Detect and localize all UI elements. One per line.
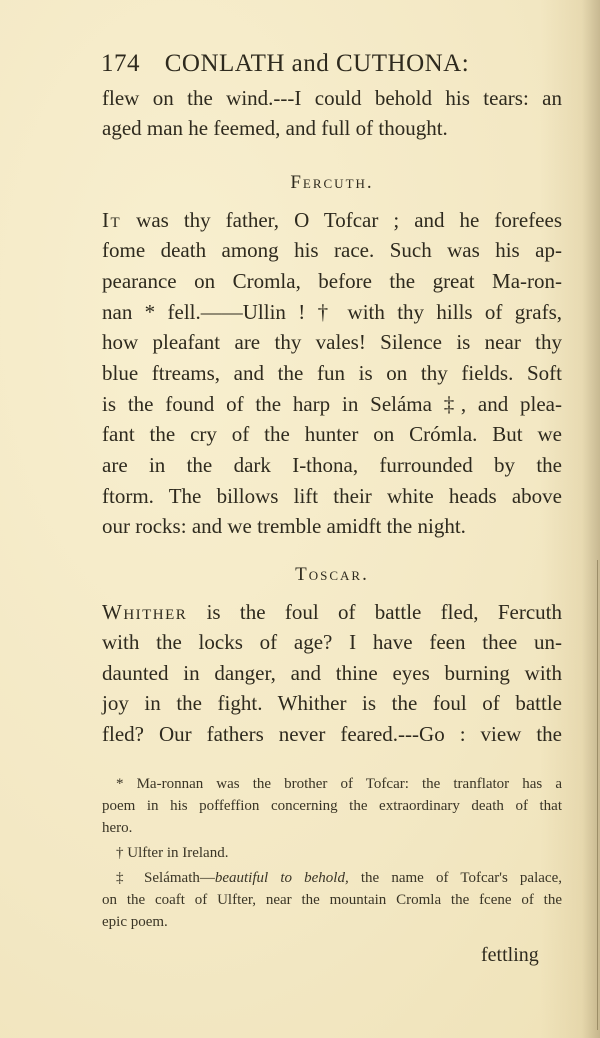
body-line: aged man he feemed, and full of thought. — [102, 116, 562, 141]
speaker-heading-toscar: Toscar. — [102, 564, 562, 586]
body-line: fome death among his race. Such was his … — [102, 238, 562, 263]
body-line: with the locks of age? I have feen thee … — [102, 630, 562, 655]
speaker-heading-fercuth: Fercuth. — [102, 172, 562, 194]
body-line: ftorm. The billows lift their white head… — [102, 484, 562, 509]
footnote-line: epic poem. — [102, 914, 562, 931]
footnote-line: * Ma-ronnan was the brother of Tofcar: t… — [102, 776, 562, 793]
body-line: daunted in danger, and thine eyes burnin… — [102, 661, 562, 686]
body-line: how pleafant are thy vales! Silence is n… — [102, 330, 562, 355]
footnote-italic: beautiful to behold, — [215, 870, 349, 886]
body-line: Whither is the foul of battle fled, Ferc… — [102, 600, 562, 625]
footnote-suffix: the name of Tofcar's palace, — [349, 870, 562, 886]
body-line-text: was thy father, O Tofcar ; and he forefe… — [121, 208, 562, 232]
footnote-line: † Ulfter in Ireland. — [102, 845, 562, 862]
running-header: 174 CONLATH and CUTHONA: — [101, 50, 561, 78]
body-line: It was thy father, O Tofcar ; and he for… — [102, 208, 562, 233]
body-line: blue ftreams, and the fun is on thy fiel… — [102, 361, 562, 386]
page-number: 174 — [101, 50, 140, 77]
body-line: flew on the wind.---I could behold his t… — [102, 86, 562, 111]
body-line-text: is the foul of battle fled, Fercuth — [187, 600, 562, 624]
body-line: joy in the fight. Whither is the foul of… — [102, 691, 562, 716]
book-page: 174 CONLATH and CUTHONA: flew on the win… — [0, 0, 600, 1038]
footnote-line: poem in his poffeffion concerning the ex… — [102, 798, 562, 815]
page-edge-shadow — [597, 560, 598, 1030]
body-line: fant the cry of the hunter on Crómla. Bu… — [102, 422, 562, 447]
footnote-line: ‡ Selámath—beautiful to behold, the name… — [102, 870, 562, 887]
footnote-prefix: ‡ Selámath— — [116, 870, 215, 886]
body-line: pearance on Cromla, before the great Ma-… — [102, 269, 562, 294]
running-head-title: CONLATH and CUTHONA: — [165, 50, 469, 77]
footnote-line: hero. — [102, 820, 562, 837]
body-line: fled? Our fathers never feared.---Go : v… — [102, 722, 562, 747]
footnote-line: on the coaft of Ulfter, near the mountai… — [102, 892, 562, 909]
body-line: nan * fell.——Ullin ! † with thy hills of… — [102, 300, 562, 325]
lead-word: It — [102, 208, 121, 232]
body-line: is the found of the harp in Seláma ‡, an… — [102, 392, 562, 417]
body-line: our rocks: and we tremble amidft the nig… — [102, 514, 562, 539]
body-line: are in the dark I-thona, furrounded by t… — [102, 453, 562, 478]
catchword: fettling — [481, 944, 539, 967]
lead-word: Whither — [102, 600, 187, 624]
